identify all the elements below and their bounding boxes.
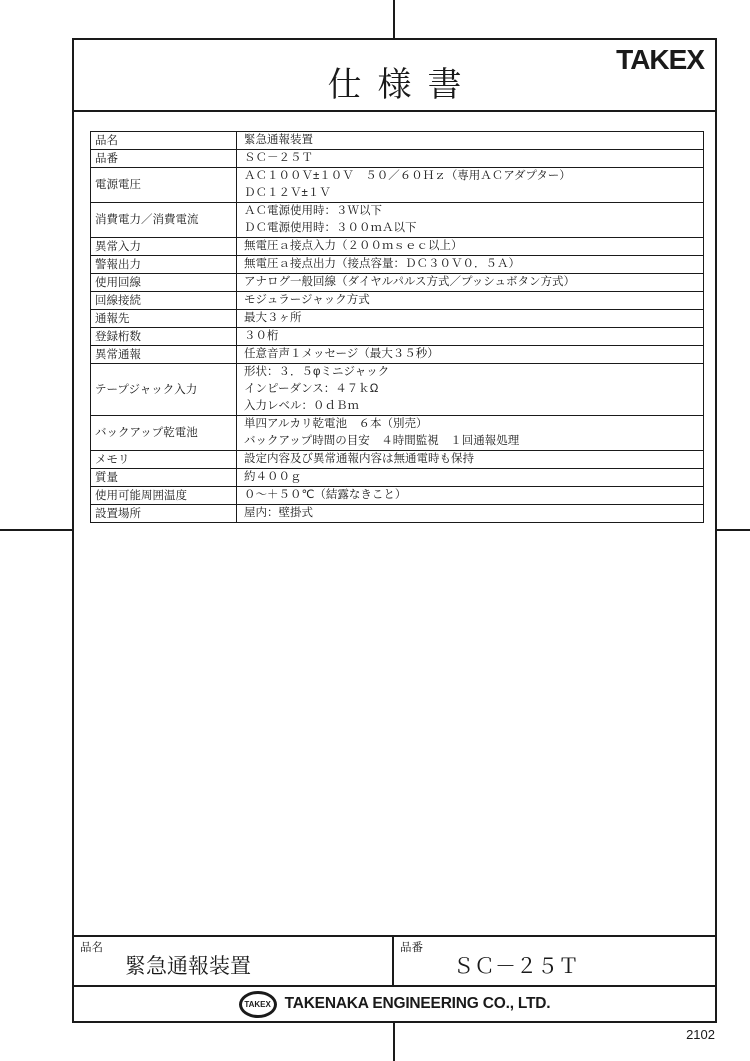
spec-label: バックアップ乾電池: [91, 416, 237, 451]
spec-row: 品番ＳＣ－２５Ｔ: [91, 150, 704, 168]
spec-value: 緊急通報装置: [237, 132, 704, 150]
spec-label: 登録桁数: [91, 328, 237, 346]
spec-row: 警報出力無電圧ａ接点出力（接点容量：ＤＣ３０Ｖ０．５Ａ）: [91, 256, 704, 274]
spec-label: 品名: [91, 132, 237, 150]
spec-label: 使用可能周囲温度: [91, 487, 237, 505]
spec-value: 屋内：壁掛式: [237, 505, 704, 523]
spec-value-line: 無電圧ａ接点入力（２００ｍｓｅｃ以上）: [237, 238, 703, 255]
spec-label: 設置場所: [91, 505, 237, 523]
spec-value-line: 屋内：壁掛式: [237, 505, 703, 522]
spec-label: 品番: [91, 150, 237, 168]
spec-value: アナログ一般回線（ダイヤルパルス方式／プッシュボタン方式）: [237, 274, 704, 292]
summary-name-cell: 品名 緊急通報装置: [74, 937, 392, 985]
spec-table-body: 品名緊急通報装置品番ＳＣ－２５Ｔ電源電圧ＡＣ１００Ｖ±１０Ｖ ５０／６０Ｈｚ（専…: [91, 132, 704, 523]
summary-code-value: ＳＣ－２５Ｔ: [453, 950, 579, 980]
spec-value: ＳＣ－２５Ｔ: [237, 150, 704, 168]
spec-table: 品名緊急通報装置品番ＳＣ－２５Ｔ電源電圧ＡＣ１００Ｖ±１０Ｖ ５０／６０Ｈｚ（専…: [90, 131, 704, 523]
spec-value: モジュラージャック方式: [237, 292, 704, 310]
spec-row: 回線接続モジュラージャック方式: [91, 292, 704, 310]
spec-value: 約４００ｇ: [237, 469, 704, 487]
spec-value: 無電圧ａ接点入力（２００ｍｓｅｃ以上）: [237, 238, 704, 256]
spec-label: 警報出力: [91, 256, 237, 274]
company-name: TAKENAKA ENGINEERING CO., LTD.: [285, 995, 551, 1013]
spec-label: 使用回線: [91, 274, 237, 292]
spec-value-line: 単四アルカリ乾電池 ６本（別売）: [237, 416, 703, 433]
summary-code-label: 品番: [400, 939, 423, 955]
spec-label: 消費電力／消費電流: [91, 203, 237, 238]
spec-value-line: 設定内容及び異常通報内容は無通電時も保持: [237, 451, 703, 468]
spec-row: バックアップ乾電池単四アルカリ乾電池 ６本（別売）バックアップ時間の目安 ４時間…: [91, 416, 704, 451]
spec-value-line: 形状：３．５φミニジャック: [237, 364, 703, 381]
spec-label: 異常通報: [91, 346, 237, 364]
spec-value-line: 無電圧ａ接点出力（接点容量：ＤＣ３０Ｖ０．５Ａ）: [237, 256, 703, 273]
spec-label: 回線接続: [91, 292, 237, 310]
spec-value-line: ＡＣ電源使用時：３Ｗ以下: [237, 203, 703, 220]
spec-label: テープジャック入力: [91, 364, 237, 416]
header-band: 仕様書 TAKEX: [74, 40, 715, 112]
spec-value-line: ３０桁: [237, 328, 703, 345]
spec-value: ＡＣ１００Ｖ±１０Ｖ ５０／６０Ｈｚ（専用ＡＣアダプター）ＤＣ１２Ｖ±１Ｖ: [237, 168, 704, 203]
spec-row: 消費電力／消費電流ＡＣ電源使用時：３Ｗ以下ＤＣ電源使用時：３００ｍＡ以下: [91, 203, 704, 238]
spec-value-line: 約４００ｇ: [237, 469, 703, 486]
spec-row: 品名緊急通報装置: [91, 132, 704, 150]
spec-value-line: 最大３ヶ所: [237, 310, 703, 327]
spec-value-line: ＡＣ１００Ｖ±１０Ｖ ５０／６０Ｈｚ（専用ＡＣアダプター）: [237, 168, 703, 185]
crop-mark-bottom: [393, 1022, 395, 1061]
summary-name-label: 品名: [80, 939, 103, 955]
spec-value: 無電圧ａ接点出力（接点容量：ＤＣ３０Ｖ０．５Ａ）: [237, 256, 704, 274]
spec-label: 通報先: [91, 310, 237, 328]
summary-code-cell: 品番 ＳＣ－２５Ｔ: [392, 937, 715, 985]
spec-value: 形状：３．５φミニジャックインピーダンス：４７ｋΩ入力レベル：０ｄＢｍ: [237, 364, 704, 416]
spec-value-line: ＤＣ１２Ｖ±１Ｖ: [237, 185, 703, 202]
doc-number: 2102: [686, 1027, 715, 1042]
spec-value: ３０桁: [237, 328, 704, 346]
spec-row: 使用可能周囲温度０～＋５０℃（結露なきこと）: [91, 487, 704, 505]
spec-row: 通報先最大３ヶ所: [91, 310, 704, 328]
spec-value-line: ＤＣ電源使用時：３００ｍＡ以下: [237, 220, 703, 237]
spec-value-line: インピーダンス：４７ｋΩ: [237, 381, 703, 398]
spec-value: 単四アルカリ乾電池 ６本（別売）バックアップ時間の目安 ４時間監視 １回通報処理: [237, 416, 704, 451]
spec-value-line: 任意音声１メッセージ（最大３５秒）: [237, 346, 703, 363]
spec-row: 電源電圧ＡＣ１００Ｖ±１０Ｖ ５０／６０Ｈｚ（専用ＡＣアダプター）ＤＣ１２Ｖ±１…: [91, 168, 704, 203]
spec-label: 異常入力: [91, 238, 237, 256]
takex-badge-label: TAKEX: [244, 1000, 271, 1009]
spec-sheet: 仕様書 TAKEX 品名緊急通報装置品番ＳＣ－２５Ｔ電源電圧ＡＣ１００Ｖ±１０Ｖ…: [72, 38, 717, 1023]
spec-row: 登録桁数３０桁: [91, 328, 704, 346]
spec-value-line: 緊急通報装置: [237, 132, 703, 149]
spec-row: メモリ設定内容及び異常通報内容は無通電時も保持: [91, 451, 704, 469]
brand-wordmark: TAKEX: [616, 44, 704, 76]
crop-mark-top: [393, 0, 395, 39]
crop-mark-right: [716, 529, 750, 531]
spec-value-line: ＳＣ－２５Ｔ: [237, 150, 703, 167]
spec-value: 任意音声１メッセージ（最大３５秒）: [237, 346, 704, 364]
spec-value-line: アナログ一般回線（ダイヤルパルス方式／プッシュボタン方式）: [237, 274, 703, 291]
spec-label: メモリ: [91, 451, 237, 469]
spec-value-line: 入力レベル：０ｄＢｍ: [237, 398, 703, 415]
spec-label: 電源電圧: [91, 168, 237, 203]
summary-name-value: 緊急通報装置: [125, 950, 251, 980]
spec-value: ＡＣ電源使用時：３Ｗ以下ＤＣ電源使用時：３００ｍＡ以下: [237, 203, 704, 238]
spec-value: 最大３ヶ所: [237, 310, 704, 328]
spec-row: 設置場所屋内：壁掛式: [91, 505, 704, 523]
document-page: 仕様書 TAKEX 品名緊急通報装置品番ＳＣ－２５Ｔ電源電圧ＡＣ１００Ｖ±１０Ｖ…: [0, 0, 750, 1061]
spec-label: 質量: [91, 469, 237, 487]
spec-value-line: モジュラージャック方式: [237, 292, 703, 309]
footer-band: TAKEX TAKENAKA ENGINEERING CO., LTD.: [74, 987, 715, 1021]
takex-badge-icon: TAKEX: [239, 991, 277, 1018]
spec-value-line: ０～＋５０℃（結露なきこと）: [237, 487, 703, 504]
crop-mark-left: [0, 529, 73, 531]
spec-row: 異常入力無電圧ａ接点入力（２００ｍｓｅｃ以上）: [91, 238, 704, 256]
spec-value-line: バックアップ時間の目安 ４時間監視 １回通報処理: [237, 433, 703, 450]
summary-row: 品名 緊急通報装置 品番 ＳＣ－２５Ｔ: [74, 935, 715, 987]
spec-value: ０～＋５０℃（結露なきこと）: [237, 487, 704, 505]
spec-row: テープジャック入力形状：３．５φミニジャックインピーダンス：４７ｋΩ入力レベル：…: [91, 364, 704, 416]
spec-value: 設定内容及び異常通報内容は無通電時も保持: [237, 451, 704, 469]
spec-row: 異常通報任意音声１メッセージ（最大３５秒）: [91, 346, 704, 364]
spec-row: 質量約４００ｇ: [91, 469, 704, 487]
spec-row: 使用回線アナログ一般回線（ダイヤルパルス方式／プッシュボタン方式）: [91, 274, 704, 292]
